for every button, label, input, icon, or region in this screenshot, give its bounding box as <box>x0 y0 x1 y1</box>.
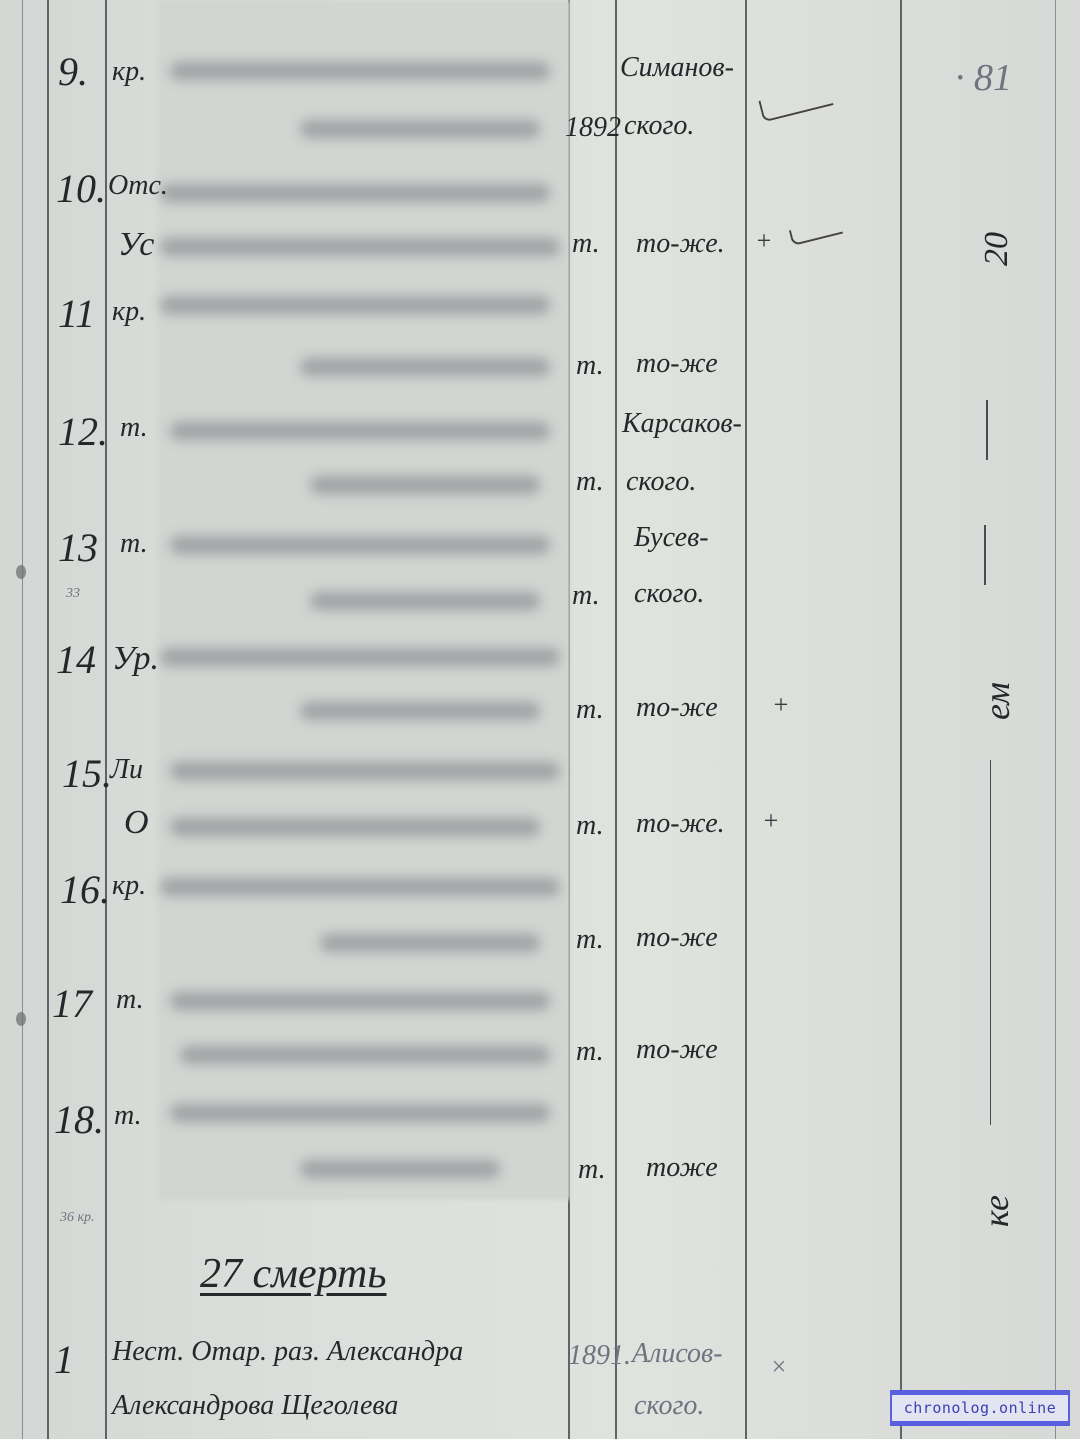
register-page: 9. кр. 1892 Симанов- ского. · 81 10. Отс… <box>0 0 1080 1439</box>
binding-hole <box>16 565 26 579</box>
row-prefix: Отс. <box>108 170 168 202</box>
redacted-line <box>180 1046 550 1064</box>
birth-year: т. <box>576 924 604 956</box>
row-number: 13 <box>58 524 98 571</box>
redacted-line <box>310 592 540 610</box>
margin-note: ем <box>976 682 1018 720</box>
redacted-line <box>170 422 550 440</box>
row-prefix-line2: О <box>124 804 149 842</box>
row-prefix: кр. <box>112 56 146 88</box>
redacted-line <box>170 1104 550 1122</box>
checkmark-icon <box>758 84 833 123</box>
row-number: 12. <box>58 408 108 455</box>
row-prefix: т. <box>120 528 148 560</box>
redacted-line <box>160 238 560 256</box>
birth-year: т. <box>572 228 600 260</box>
side-note: 33 <box>66 586 80 602</box>
redacted-line <box>300 120 540 138</box>
row-prefix: т. <box>120 412 148 444</box>
row-number: 1 <box>54 1336 74 1383</box>
row-number: 10. <box>56 165 106 212</box>
margin-dash <box>986 400 988 460</box>
redacted-line <box>170 62 550 80</box>
redacted-line <box>160 296 550 314</box>
redacted-line <box>160 878 560 896</box>
entry-name-line2: Александрова Щеголева <box>112 1390 398 1422</box>
section-side-note: 36 кр. <box>60 1210 95 1226</box>
margin-page-number: · 81 <box>955 56 1012 100</box>
checkmark-icon <box>789 218 843 246</box>
margin-note: ке <box>975 1195 1017 1227</box>
binding-hole <box>16 1012 26 1026</box>
origin-line2: ского. <box>634 1390 704 1422</box>
birth-year: 1892 <box>565 112 621 144</box>
row-prefix: кр. <box>112 296 146 328</box>
birth-year: т. <box>572 580 600 612</box>
origin-line1: Алисов- <box>632 1338 723 1370</box>
redacted-line <box>170 762 560 780</box>
column-rule-4 <box>615 0 617 1439</box>
row-prefix: т. <box>114 1100 142 1132</box>
row-prefix: т. <box>116 984 144 1016</box>
row-prefix: кр. <box>112 870 146 902</box>
row-number: 16. <box>60 866 110 913</box>
birth-year: т. <box>578 1154 606 1186</box>
row-number: 9. <box>58 48 88 95</box>
column-rule-7 <box>1055 0 1056 1439</box>
origin-line1: Бусев- <box>634 522 709 554</box>
row-prefix: Ур. <box>112 640 159 678</box>
watermark-badge: chronolog.online <box>890 1390 1070 1426</box>
redacted-line <box>170 536 550 554</box>
margin-dash <box>984 525 986 585</box>
redacted-line <box>160 184 550 202</box>
margin-dash <box>990 760 991 880</box>
redacted-line <box>170 818 540 836</box>
origin-line1: то-же <box>636 922 718 954</box>
cross-mark: + <box>772 690 790 720</box>
origin-line2: ского. <box>626 466 696 498</box>
birth-year: т. <box>576 694 604 726</box>
birth-year: т. <box>576 1036 604 1068</box>
redacted-line <box>320 934 540 952</box>
origin-line1: тоже <box>646 1152 718 1184</box>
birth-year: т. <box>576 466 604 498</box>
redacted-line <box>310 476 540 494</box>
entry-name-line1: Нест. Отар. раз. Александра <box>112 1336 463 1368</box>
birth-year: 1891. <box>568 1340 631 1372</box>
origin-line2: ского. <box>624 110 694 142</box>
margin-note: 20 <box>978 232 1016 266</box>
origin-line1: то-же <box>636 1034 718 1066</box>
origin-line1: то-же. <box>636 228 725 260</box>
column-rule-6 <box>900 0 902 1439</box>
row-prefix: Ли <box>110 754 143 786</box>
origin-line1: Симанов- <box>620 52 734 84</box>
section-title: 27 смерть <box>200 1250 386 1298</box>
row-prefix-line2: Ус <box>118 226 154 264</box>
cross-mark: + <box>755 226 773 256</box>
origin-line1: то-же <box>636 692 718 724</box>
redacted-line <box>300 1160 500 1178</box>
row-number: 17 <box>52 980 92 1027</box>
origin-line2: ского. <box>634 578 704 610</box>
redacted-line <box>300 702 540 720</box>
birth-year: т. <box>576 350 604 382</box>
column-rule-1 <box>47 0 49 1439</box>
column-rule-5 <box>745 0 747 1439</box>
row-number: 18. <box>54 1096 104 1143</box>
row-number: 15. <box>62 750 112 797</box>
margin-dash <box>990 880 991 1125</box>
cross-mark: + <box>762 806 780 836</box>
origin-line1: Карсаков- <box>622 408 742 440</box>
redacted-line <box>300 358 550 376</box>
redacted-line <box>160 648 560 666</box>
row-number: 14 <box>56 636 96 683</box>
row-number: 11 <box>58 290 95 337</box>
watermark-text: chronolog.online <box>892 1395 1069 1421</box>
column-rule-2 <box>105 0 107 1439</box>
origin-line1: то-же. <box>636 808 725 840</box>
margin-rule <box>22 0 23 1439</box>
birth-year: т. <box>576 810 604 842</box>
origin-line1: то-же <box>636 348 718 380</box>
cross-mark: × <box>770 1352 788 1382</box>
redacted-line <box>170 992 550 1010</box>
